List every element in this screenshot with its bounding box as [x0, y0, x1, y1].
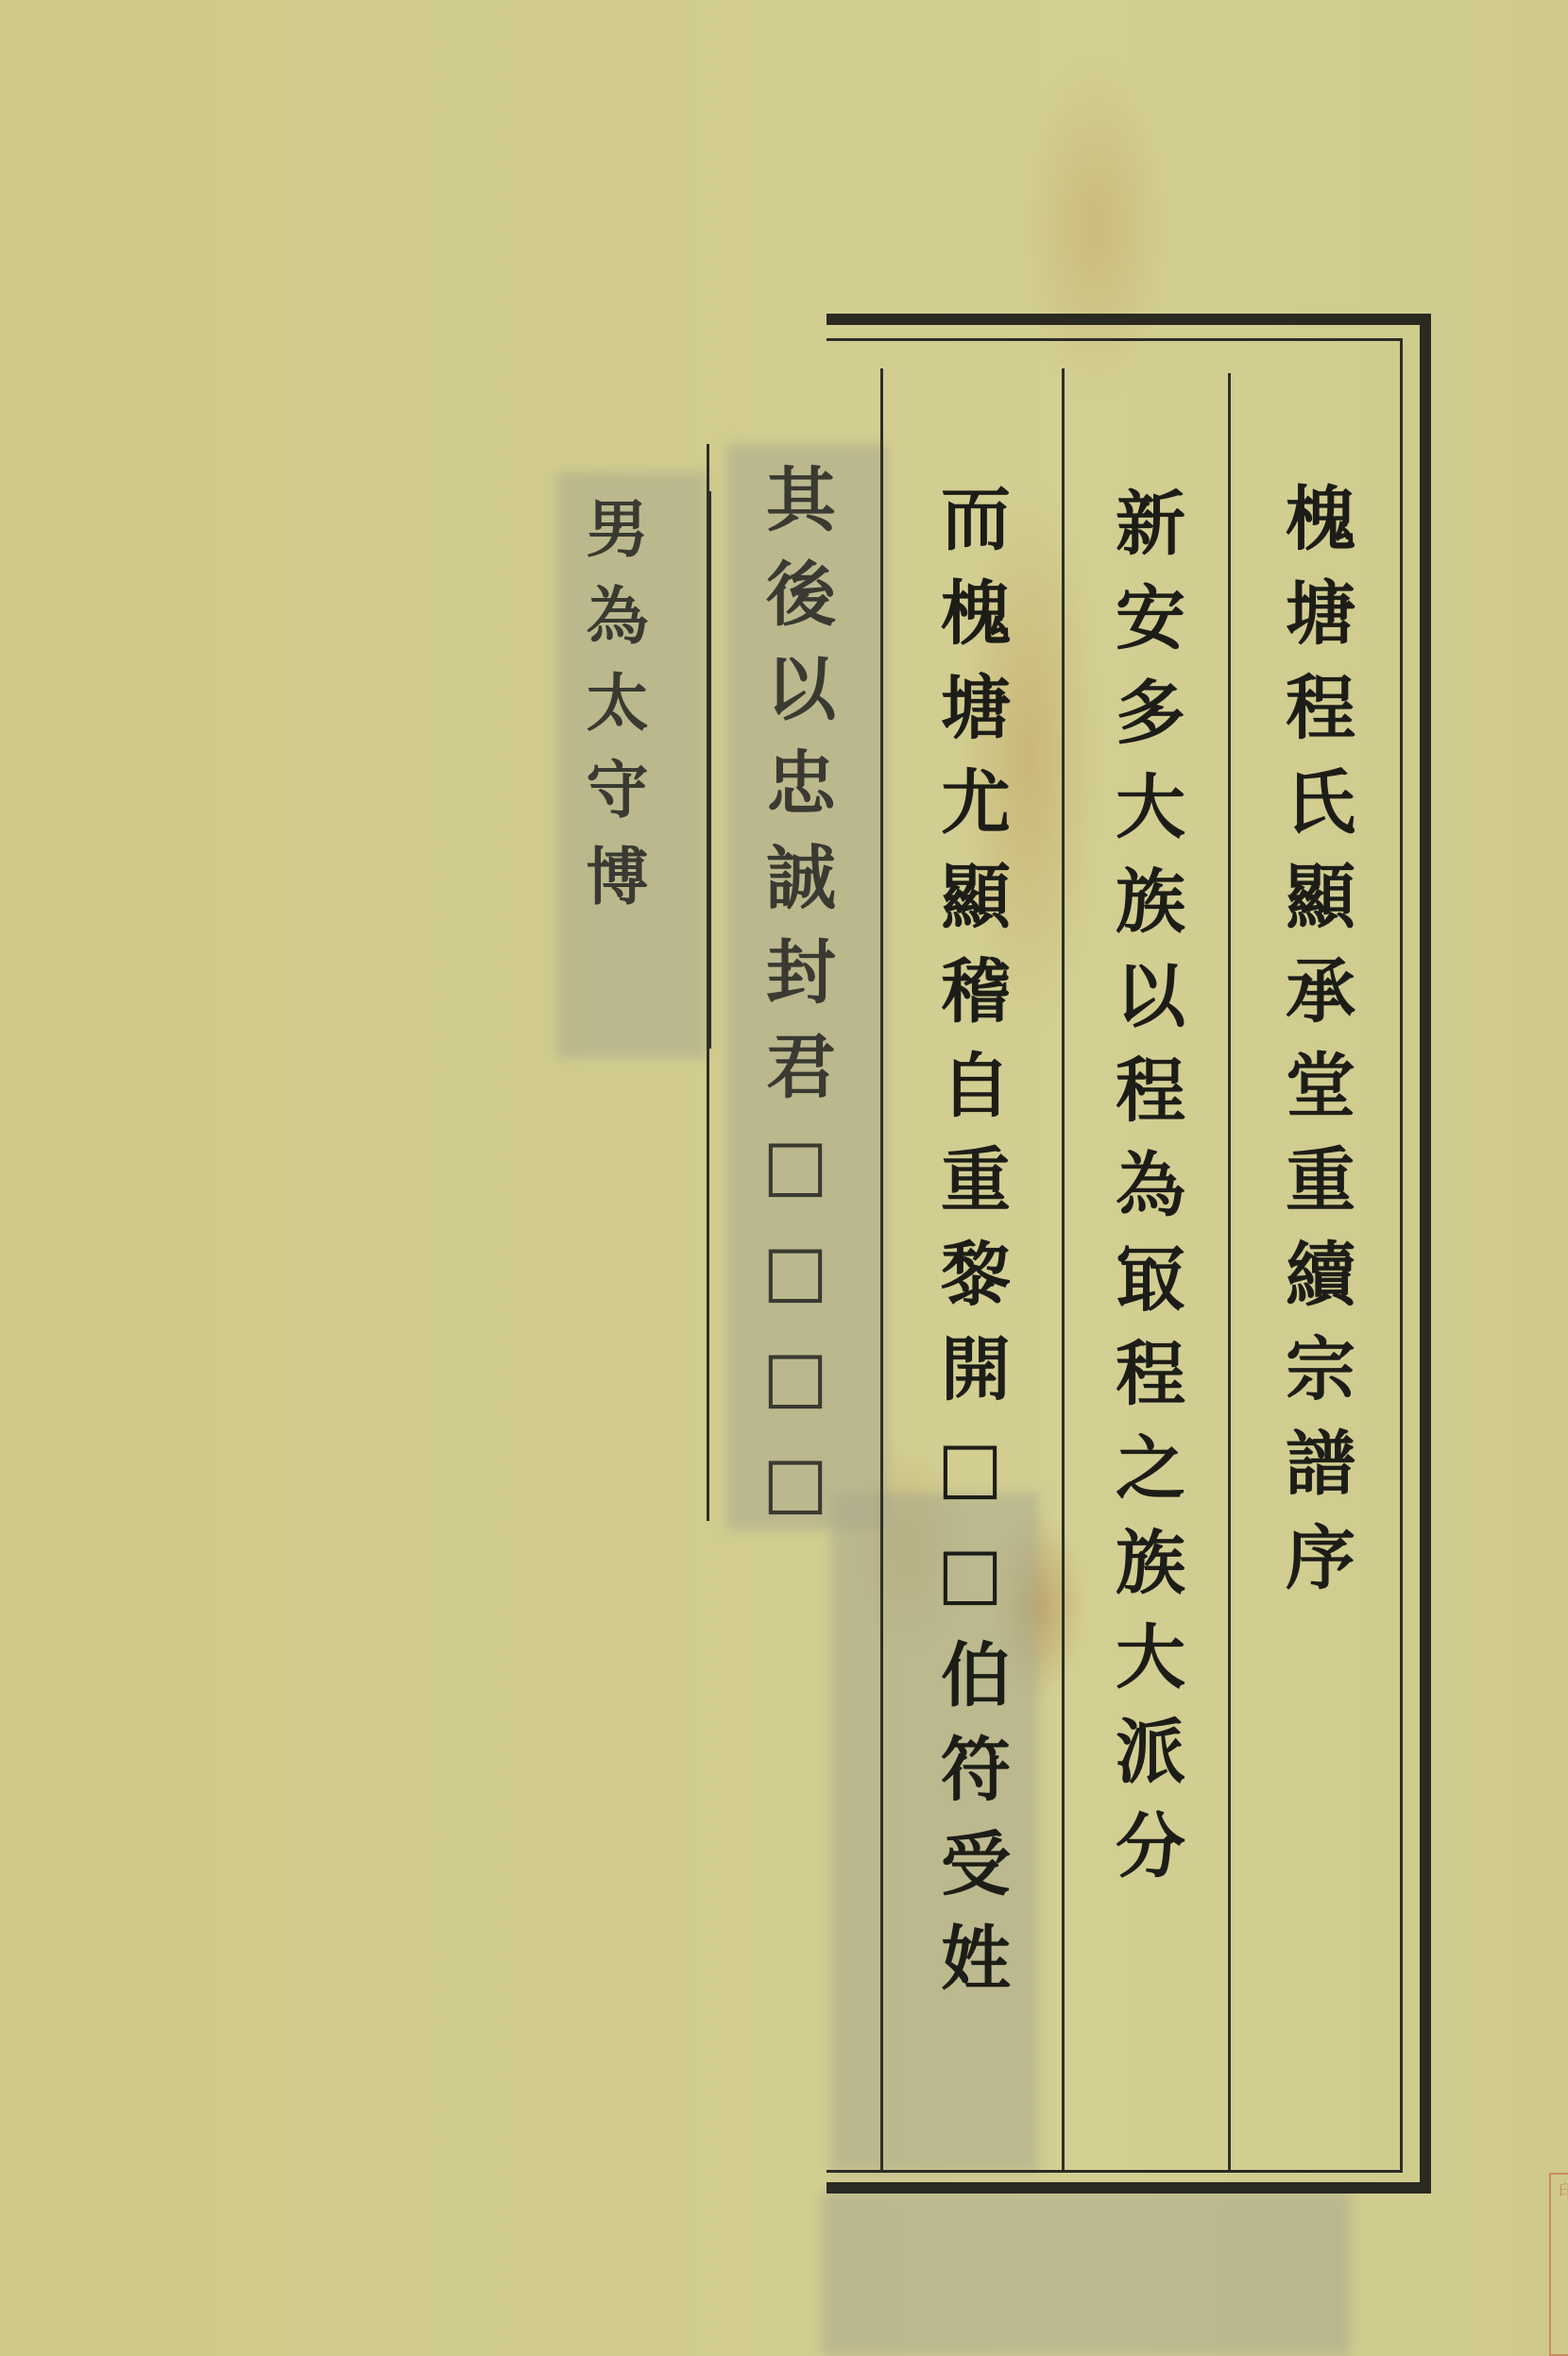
text-column-4: 男為太守博: [581, 496, 643, 930]
damage-patch: [822, 2192, 1351, 2356]
title-column: 槐塘程氏顯承堂重續宗譜序: [1280, 482, 1350, 1615]
column-rule: [1228, 373, 1231, 2173]
column-rule: [880, 368, 883, 2173]
column-rule: [708, 491, 711, 1049]
text-column-3: 其後以忠誠封君□□□□: [760, 463, 830, 1547]
red-seal-stamp: [1549, 2173, 1568, 2356]
column-rule: [1062, 368, 1065, 2173]
seal-text: 印: [1553, 2182, 1568, 2199]
text-column-2: 而槐塘尤顯稽自重黎開□□伯符受姓: [935, 482, 1005, 2016]
text-column-1: 新安多大族以程為冣程之族大派分: [1110, 487, 1180, 1904]
